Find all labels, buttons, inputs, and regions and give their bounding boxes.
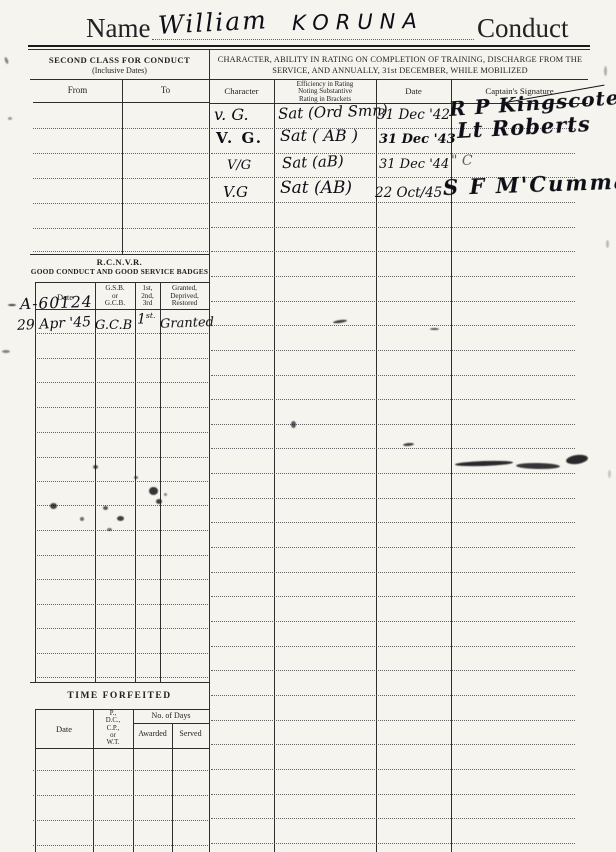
ink-blot: [565, 454, 588, 466]
rule-line: [30, 254, 209, 255]
rule-line: [35, 382, 208, 383]
badges-subtitle: GOOD CONDUCT AND GOOD SERVICE BADGES: [30, 267, 209, 276]
rule-line: [33, 770, 208, 771]
badge-status-handwritten: Granted: [160, 316, 214, 331]
rule-line: [35, 457, 208, 458]
rule-line: [211, 596, 575, 597]
column-header-served: Served: [172, 729, 209, 738]
rule-line: [211, 720, 575, 721]
ink-blot: [80, 517, 84, 521]
ink-blot: [103, 506, 108, 510]
rule-line: [33, 128, 208, 129]
entry-efficiency: Sat (aB): [282, 154, 344, 171]
column-header-punishment-type: P., D.C., C.P., or W.T.: [93, 710, 133, 746]
rule-line: [211, 843, 575, 844]
rule-line: [211, 621, 575, 622]
ink-blot: [50, 503, 57, 509]
entry-efficiency: Sat (AB): [280, 180, 352, 197]
ink-blot: [93, 465, 98, 469]
time-forfeited-title: TIME FORFEITED: [30, 691, 209, 701]
name-first-handwritten: William: [157, 7, 268, 38]
rule-line: [211, 202, 575, 203]
ink-blot: [4, 57, 9, 65]
entry-character: v. G.: [214, 107, 249, 123]
rule-line: [211, 325, 575, 326]
ink-blot: [164, 493, 167, 496]
column-header-granted-deprived: Granted, Deprived, Restored: [160, 285, 209, 308]
rule-line: [211, 670, 575, 671]
ink-blot: [8, 304, 16, 306]
rule-line: [211, 424, 575, 425]
entry-signature: " C: [451, 154, 473, 168]
rule-line: [35, 358, 208, 359]
ink-blot: [117, 516, 124, 521]
entry-date: 31 Dec '44: [379, 158, 449, 171]
column-header-efficiency: Efficiency in Rating Noting Substantive …: [274, 81, 376, 103]
name-underline: [152, 39, 474, 40]
rule-line: [33, 178, 208, 179]
rule-line: [135, 282, 136, 682]
column-header-to: To: [122, 85, 209, 95]
rule-line: [35, 628, 208, 629]
rule-line: [211, 572, 575, 573]
rule-line: [274, 79, 275, 852]
rule-line: [211, 547, 575, 548]
character-panel-heading: CHARACTER, ABILITY IN RATING ON COMPLETI…: [212, 54, 588, 76]
column-header-badge-class: 1st, 2nd, 3rd: [135, 285, 160, 308]
ink-blot: [455, 460, 513, 467]
name-label: Name: [86, 13, 150, 44]
ink-blot: [333, 319, 347, 324]
conduct-record-sheet: Name William KORUNA Conduct SECOND CLASS…: [0, 0, 616, 852]
name-last-handwritten: KORUNA: [292, 11, 424, 34]
rule-line: [35, 555, 208, 556]
ink-blot: [156, 499, 162, 504]
rule-line: [211, 769, 575, 770]
column-header-awarded: Awarded: [133, 729, 172, 738]
rule-line: [211, 646, 575, 647]
rule-line: [35, 407, 208, 408]
rule-line: [33, 820, 208, 821]
rule-line: [211, 153, 575, 154]
rule-line: [211, 448, 575, 449]
ink-blot: [516, 463, 560, 470]
column-header-date: Date: [376, 86, 451, 96]
rule-line: [211, 301, 575, 302]
ink-blot: [606, 240, 609, 248]
ink-blot: [134, 476, 138, 479]
rule-line: [172, 723, 173, 852]
ink-blot: [149, 487, 158, 495]
rule-line: [33, 251, 208, 252]
entry-character: V. G.: [216, 131, 263, 146]
ink-blot: [107, 528, 112, 531]
rule-line: [211, 227, 575, 228]
rule-line: [35, 333, 208, 334]
column-header-from: From: [33, 85, 122, 95]
rule-line: [35, 579, 208, 580]
badge-type-handwritten: G.C.B: [95, 319, 132, 332]
ink-blot: [8, 117, 12, 120]
entry-signature: S F M'Cumma: [443, 171, 616, 198]
entry-efficiency: Sat (Ord Smn): [278, 103, 388, 122]
second-class-title: SECOND CLASS FOR CONDUCT: [30, 55, 209, 65]
rule-line: [35, 604, 208, 605]
rule-line: [211, 498, 575, 499]
rule-line: [28, 49, 590, 50]
rule-line: [35, 282, 209, 283]
column-header-no-of-days: No. of Days: [133, 711, 209, 720]
rule-line: [211, 251, 575, 252]
ink-blot: [403, 443, 414, 447]
rule-line: [95, 282, 96, 682]
conduct-label: Conduct: [477, 13, 569, 44]
rule-line: [211, 350, 575, 351]
rule-line: [28, 45, 590, 47]
service-number-handwritten: A-60124: [20, 295, 93, 313]
rule-line: [35, 282, 36, 682]
rule-line: [211, 794, 575, 795]
rule-line: [35, 432, 208, 433]
badge-class-ordinal: st.: [146, 311, 155, 320]
badge-class-handwritten: 1st.: [137, 312, 155, 327]
rule-line: [209, 50, 210, 852]
rule-line: [33, 153, 208, 154]
rule-line: [30, 682, 209, 683]
rule-line: [35, 653, 208, 654]
rule-line: [33, 203, 208, 204]
rule-line: [35, 530, 208, 531]
rule-line: [35, 677, 208, 678]
rule-line: [33, 102, 209, 103]
ink-blot: [608, 470, 611, 478]
rule-line: [33, 845, 208, 846]
badge-class-number: 1: [137, 312, 146, 328]
rule-line: [211, 276, 575, 277]
rule-line: [35, 748, 209, 749]
column-header-character: Character: [209, 86, 274, 96]
ink-blot: [604, 66, 607, 76]
badges-title: R.C.N.V.R.: [30, 257, 209, 267]
rule-line: [33, 228, 208, 229]
second-class-subtitle: (Inclusive Dates): [30, 66, 209, 75]
entry-date: 22 Oct/45: [375, 187, 442, 201]
badge-type-text: G.C.B: [95, 318, 132, 333]
rule-line: [35, 481, 208, 482]
entry-signature: Lt Roberts: [456, 113, 591, 141]
rule-line: [33, 795, 208, 796]
rule-line: [211, 695, 575, 696]
entry-character: V.G: [223, 185, 248, 200]
badge-date-handwritten: 29 Apr '45: [17, 315, 92, 333]
ink-blot: [2, 350, 10, 353]
rule-line: [211, 473, 575, 474]
rule-line: [211, 375, 575, 376]
entry-efficiency: Sat ( AB ): [280, 128, 358, 144]
ink-blot: [291, 421, 296, 428]
ink-blot: [430, 328, 439, 330]
rule-line: [211, 744, 575, 745]
entry-character: V/G: [227, 159, 251, 172]
column-header-gsb-gcb: G.S.B. or G.C.B.: [95, 285, 135, 308]
rule-line: [35, 505, 208, 506]
rule-line: [133, 723, 209, 724]
rule-line: [211, 818, 575, 819]
rule-line: [160, 282, 161, 682]
rule-line: [211, 399, 575, 400]
column-header-time-date: Date: [35, 724, 93, 734]
rule-line: [211, 522, 575, 523]
entry-date: 31 Dec '43: [379, 133, 456, 146]
entry-date: 31 Dec '42: [377, 109, 450, 123]
